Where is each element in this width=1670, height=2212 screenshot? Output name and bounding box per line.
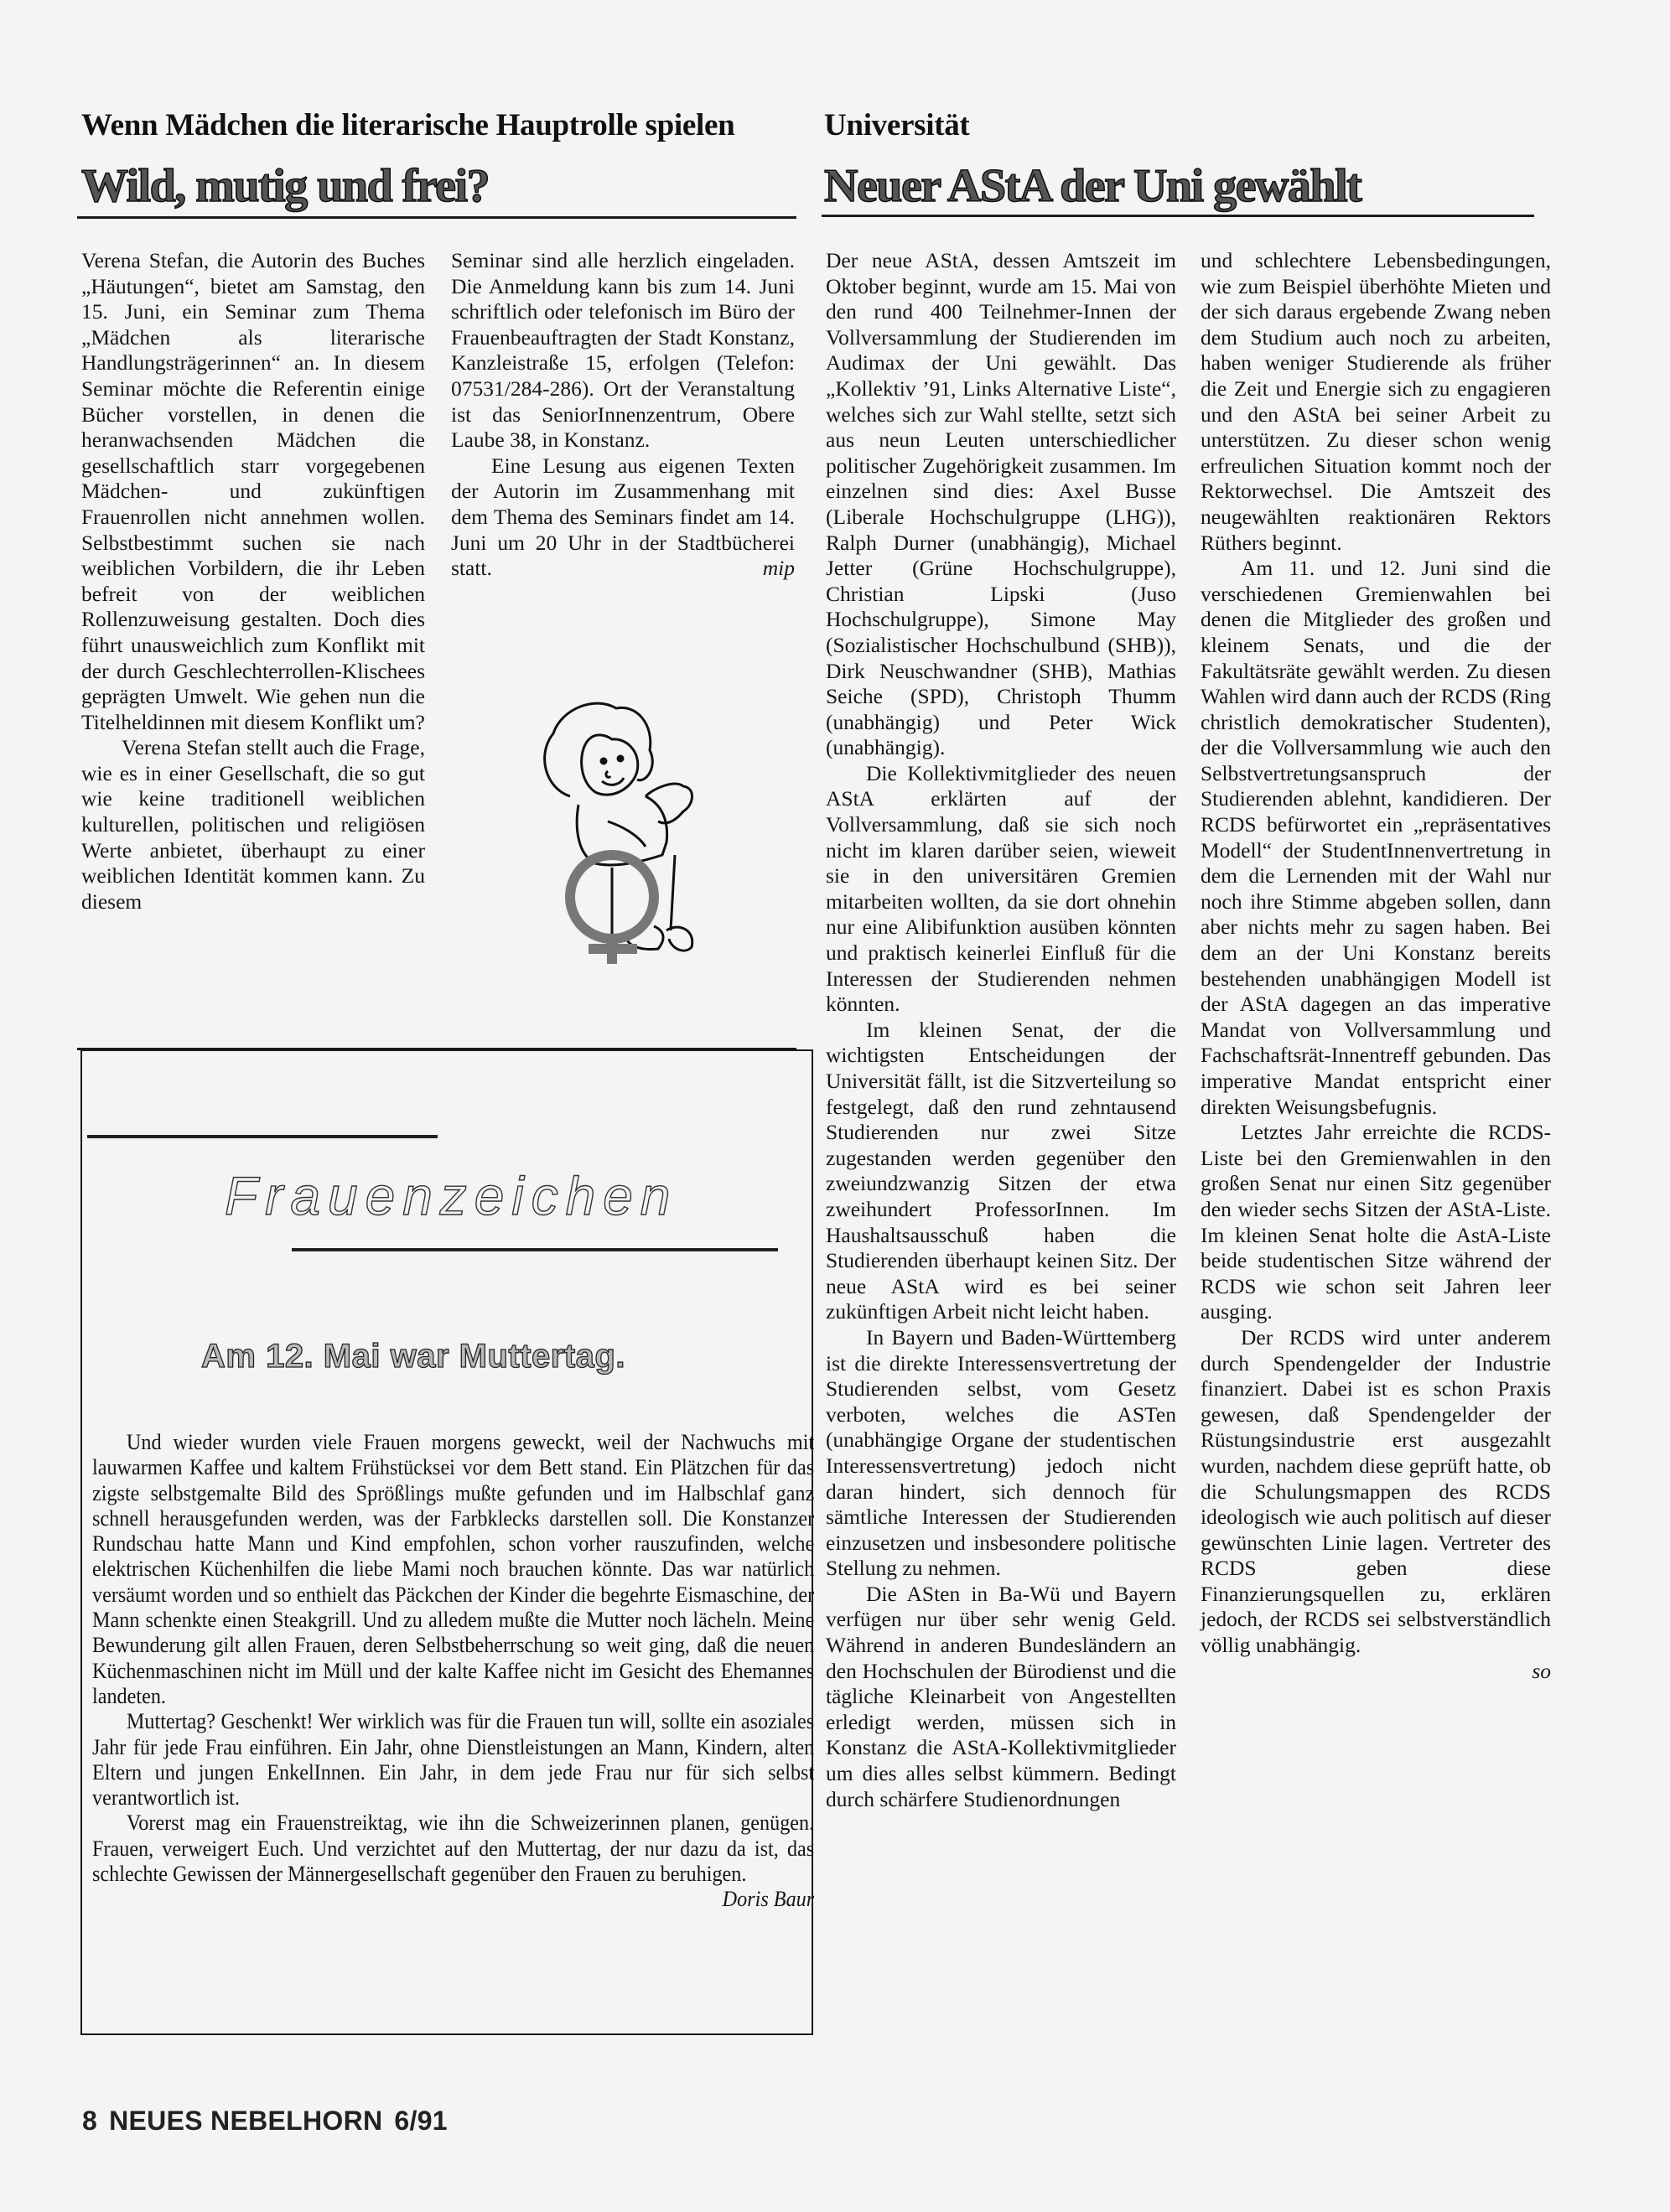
author-signature: Doris Baur [688, 1887, 814, 1912]
venus-girl-icon [520, 687, 721, 964]
box-body: Und wieder wurden viele Frauen morgens g… [92, 1430, 814, 1913]
author-signature: so [1532, 1659, 1551, 1683]
left-article-column-2: Seminar sind alle herzlich eingeladen. D… [451, 248, 795, 582]
paragraph: und schlechtere Lebensbedingungen, wie z… [1201, 248, 1551, 556]
paragraph: In Bayern und Baden-Württemberg ist die … [826, 1325, 1176, 1582]
box-title: Frauenzeichen [225, 1165, 677, 1227]
signature-line: so [1201, 1659, 1551, 1685]
box-subtitle: Am 12. Mai war Muttertag. [201, 1338, 625, 1375]
right-article-column-1: Der neue AStA, dessen Amtszeit im Oktobe… [826, 248, 1176, 1812]
paragraph: Die Kollektivmitglieder des neuen AStA e… [826, 761, 1176, 1018]
box-top-rule [87, 1135, 438, 1138]
left-article-column-1: Verena Stefan, die Autorin des Buches „H… [81, 248, 425, 914]
right-headline-rule [822, 215, 1534, 217]
paragraph: Im kleinen Senat, der die wichtigsten En… [826, 1018, 1176, 1325]
paragraph: Seminar sind alle herzlich eingeladen. D… [451, 248, 795, 453]
right-article-column-2: und schlechtere Lebensbedingungen, wie z… [1201, 248, 1551, 1684]
right-article-headline: Neuer AStA der Uni gewählt [824, 159, 1361, 213]
paragraph: Verena Stefan stellt auch die Frage, wie… [81, 735, 425, 914]
paragraph: Verena Stefan, die Autorin des Buches „H… [81, 248, 425, 735]
page-number: 8 [82, 2106, 97, 2136]
girl-venus-illustration [520, 687, 721, 964]
issue-number: 6/91 [394, 2106, 447, 2136]
paragraph-text: Vorerst mag ein Frauenstreiktag, wie ihn… [92, 1811, 814, 1886]
publication-name: NEUES NEBELHORN [109, 2106, 382, 2136]
paragraph: Eine Lesung aus eigenen Texten der Autor… [451, 453, 795, 582]
left-article-kicker: Wenn Mädchen die literarische Hauptrolle… [81, 107, 734, 143]
paragraph: Am 11. und 12. Juni sind die verschieden… [1201, 556, 1551, 1120]
paragraph: Der RCDS wird unter anderem durch Spende… [1201, 1325, 1551, 1659]
paragraph: Letztes Jahr erreichte die RCDS-Liste be… [1201, 1120, 1551, 1325]
left-headline-rule [77, 216, 796, 219]
paragraph: Vorerst mag ein Frauenstreiktag, wie ihn… [92, 1811, 814, 1887]
left-article-headline: Wild, mutig und frei? [81, 159, 489, 213]
paragraph: Der neue AStA, dessen Amtszeit im Oktobe… [826, 248, 1176, 761]
paragraph: Und wieder wurden viele Frauen morgens g… [92, 1430, 814, 1709]
author-signature: mip [723, 556, 795, 582]
paragraph: Muttertag? Geschenkt! Wer wirklich was f… [92, 1709, 814, 1811]
paragraph: Die ASten in Ba-Wü und Bayern verfügen n… [826, 1582, 1176, 1812]
box-title-underline [292, 1248, 778, 1251]
page-footer: 8NEUES NEBELHORN6/91 [82, 2106, 448, 2137]
right-article-kicker: Universität [824, 107, 969, 143]
